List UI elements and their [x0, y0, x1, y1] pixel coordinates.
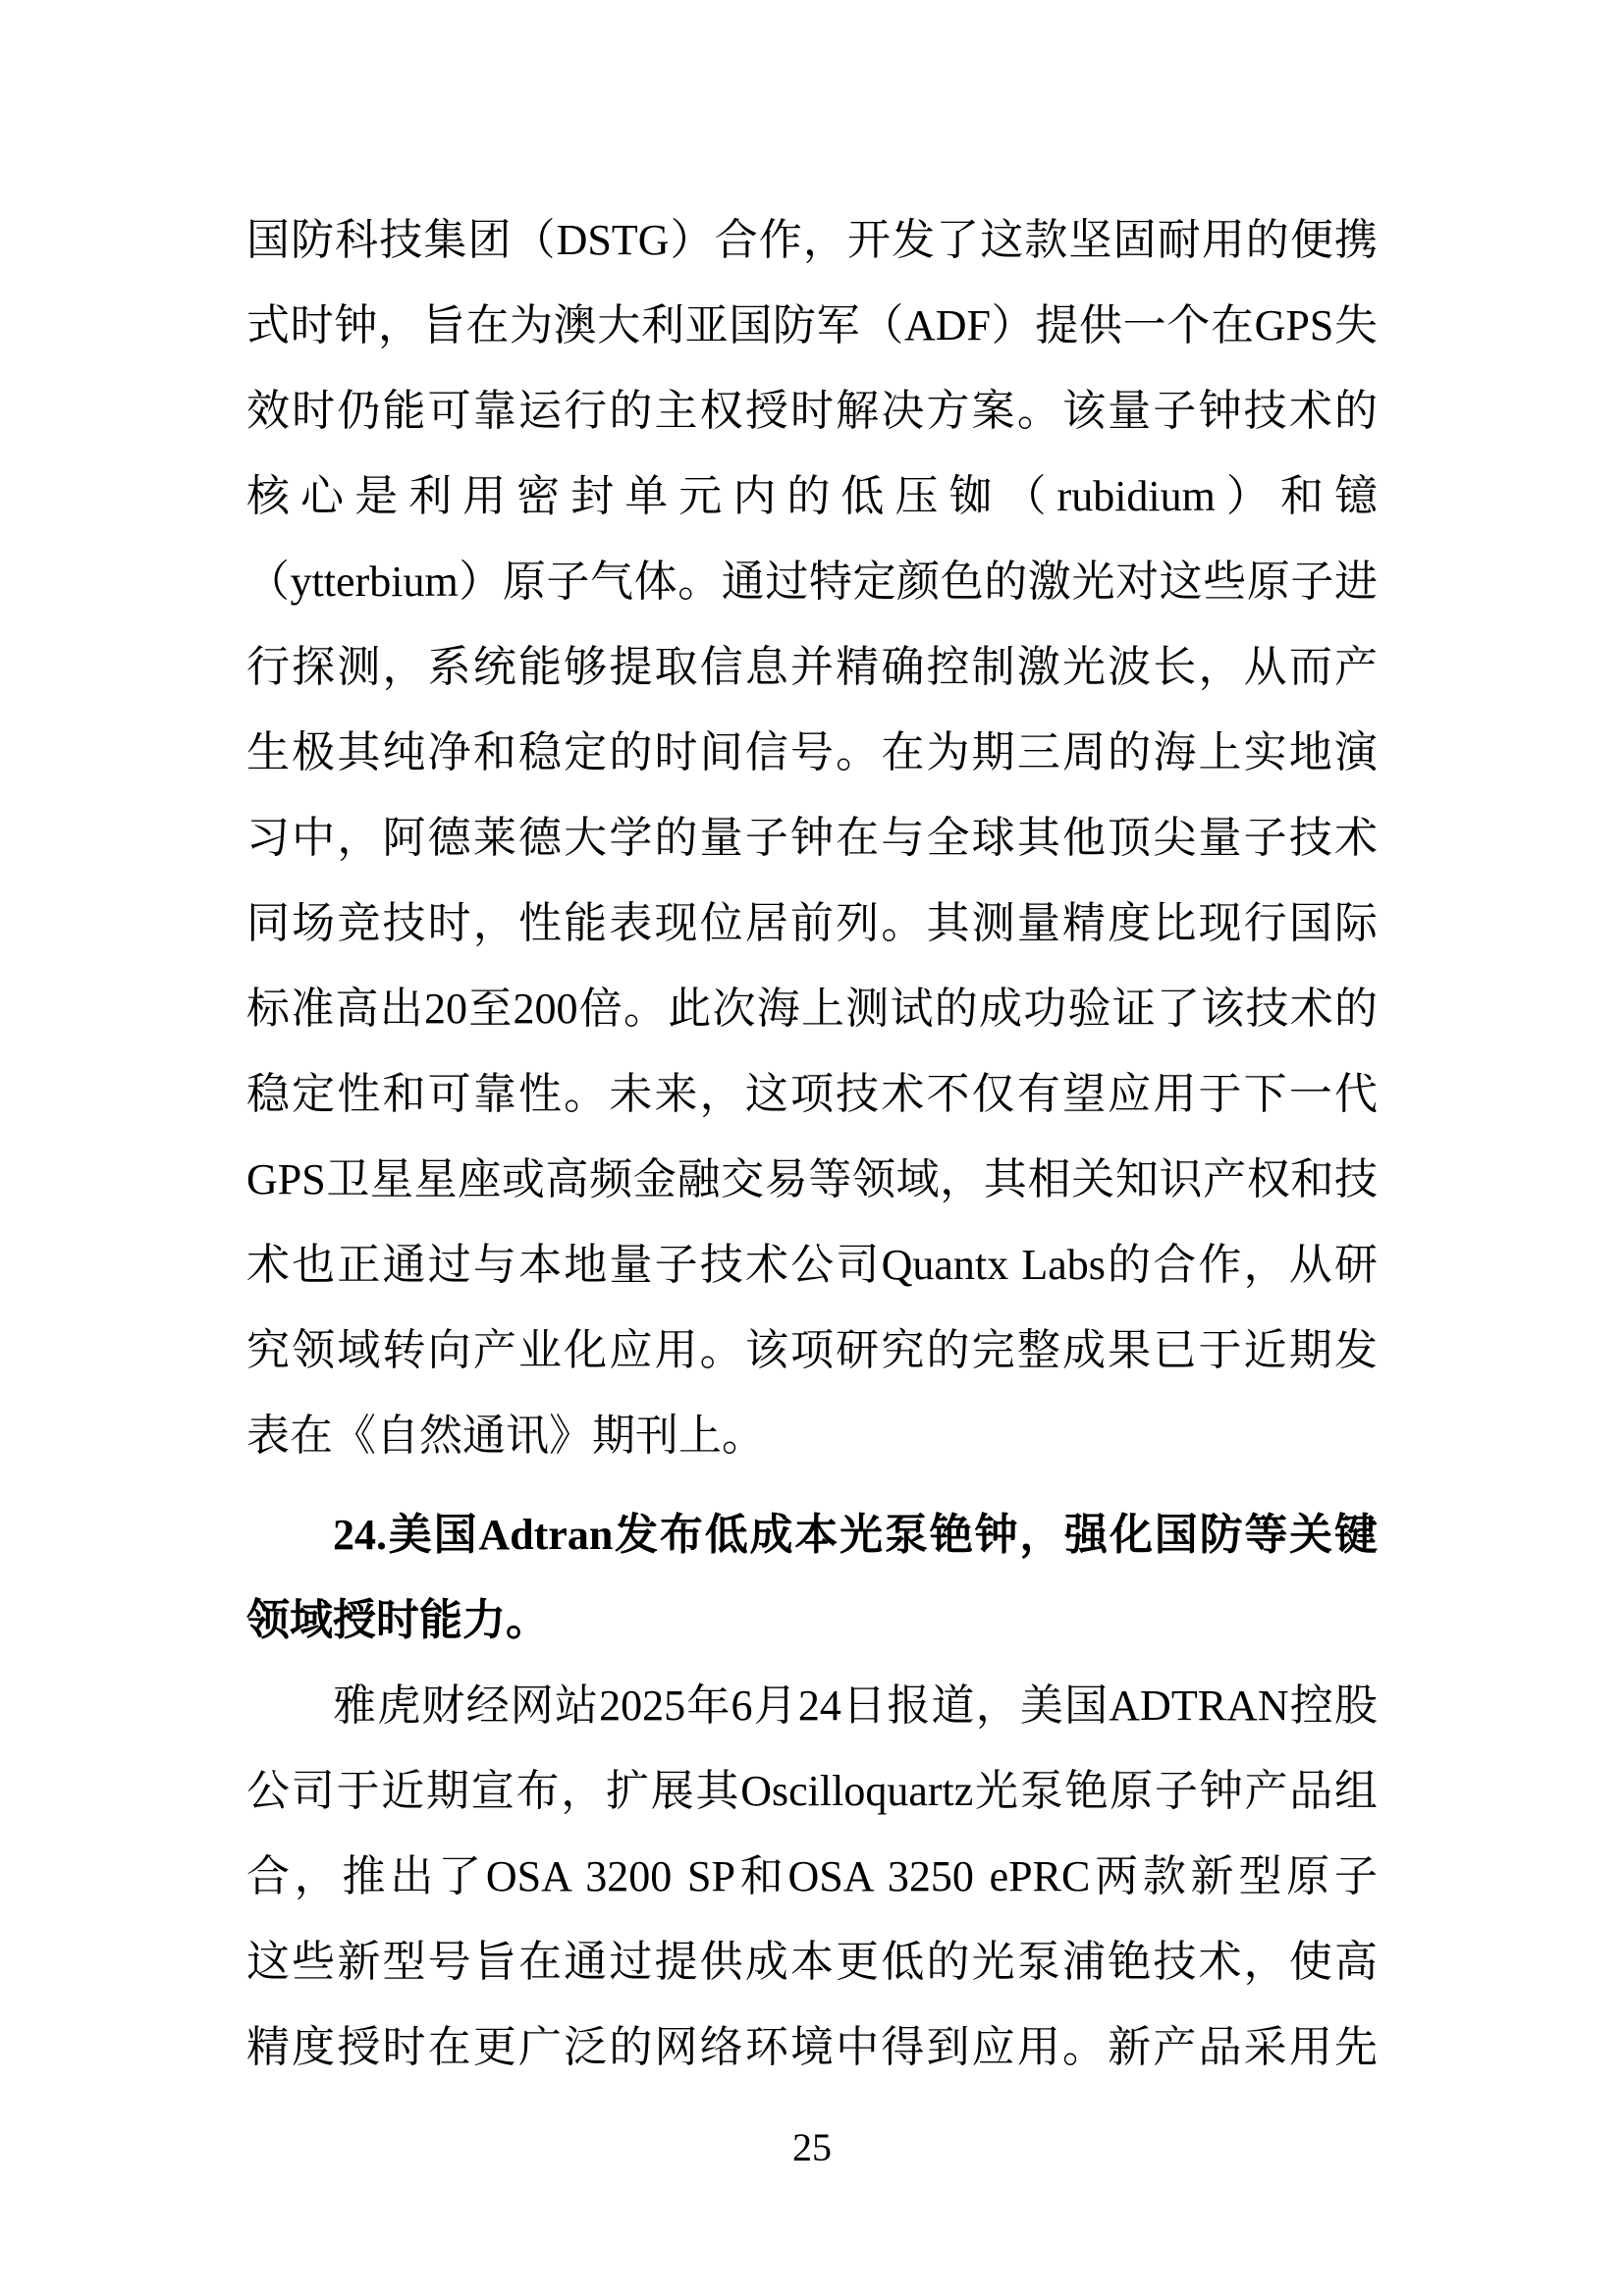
- para-adtran-news: 雅虎财经网站2025年6月24日报道，美国ADTRAN控股公司于近期宣布，扩展其…: [246, 1663, 1378, 2090]
- text-line: 究领域转向产业化应用。该项研究的完整成果已于近期发: [246, 1308, 1378, 1393]
- text-line: 标准高出20至200倍。此次海上测试的成功验证了该技术的: [246, 966, 1378, 1051]
- para-quantum-clock-continuation: 国防科技集团（DSTG）合作，开发了这款坚固耐用的便携式时钟，旨在为澳大利亚国防…: [246, 197, 1378, 1478]
- text-line: 公司于近期宣布，扩展其Oscilloquartz光泵铯原子钟产品组: [246, 1748, 1378, 1834]
- text-content: 国防科技集团（DSTG）合作，开发了这款坚固耐用的便携式时钟，旨在为澳大利亚国防…: [246, 197, 1378, 2090]
- text-line: GPS卫星星座或高频金融交易等领域，其相关知识产权和技: [246, 1137, 1378, 1222]
- text-line: 表在《自然通讯》期刊上。: [246, 1393, 1378, 1478]
- text-line: 行探测，系统能够提取信息并精确控制激光波长，从而产: [246, 624, 1378, 710]
- text-line: 领域授时能力。: [246, 1577, 1378, 1663]
- text-line: 24.美国Adtran发布低成本光泵铯钟，强化国防等关键: [246, 1492, 1378, 1577]
- text-line: 这些新型号旨在通过提供成本更低的光泵浦铯技术，使高: [246, 1919, 1378, 2004]
- text-line: 精度授时在更广泛的网络环境中得到应用。新产品采用先: [246, 2004, 1378, 2090]
- page-number: 25: [0, 2128, 1624, 2167]
- text-line: 国防科技集团（DSTG）合作，开发了这款坚固耐用的便携: [246, 197, 1378, 283]
- text-line: 生极其纯净和稳定的时间信号。在为期三周的海上实地演: [246, 710, 1378, 795]
- text-line: 稳定性和可靠性。未来，这项技术不仅有望应用于下一代: [246, 1051, 1378, 1137]
- heading-item-24-adtran: 24.美国Adtran发布低成本光泵铯钟，强化国防等关键领域授时能力。: [246, 1492, 1378, 1663]
- document-page: 国防科技集团（DSTG）合作，开发了这款坚固耐用的便携式时钟，旨在为澳大利亚国防…: [0, 0, 1624, 2296]
- text-line: 效时仍能可靠运行的主权授时解决方案。该量子钟技术的: [246, 368, 1378, 454]
- text-line: 雅虎财经网站2025年6月24日报道，美国ADTRAN控股: [246, 1663, 1378, 1748]
- text-line: 核心是利用密封单元内的低压铷（rubidium）和镱: [246, 454, 1378, 539]
- text-line: 习中，阿德莱德大学的量子钟在与全球其他顶尖量子技术: [246, 795, 1378, 881]
- text-line: 式时钟，旨在为澳大利亚国防军（ADF）提供一个在GPS失: [246, 283, 1378, 368]
- text-line: （ytterbium）原子气体。通过特定颜色的激光对这些原子进: [246, 539, 1378, 624]
- text-line: 同场竞技时，性能表现位居前列。其测量精度比现行国际: [246, 881, 1378, 966]
- text-line: 合，推出了OSA 3200 SP和OSA 3250 ePRC两款新型原子钟。: [246, 1834, 1378, 1919]
- text-line: 术也正通过与本地量子技术公司Quantx Labs的合作，从研: [246, 1222, 1378, 1308]
